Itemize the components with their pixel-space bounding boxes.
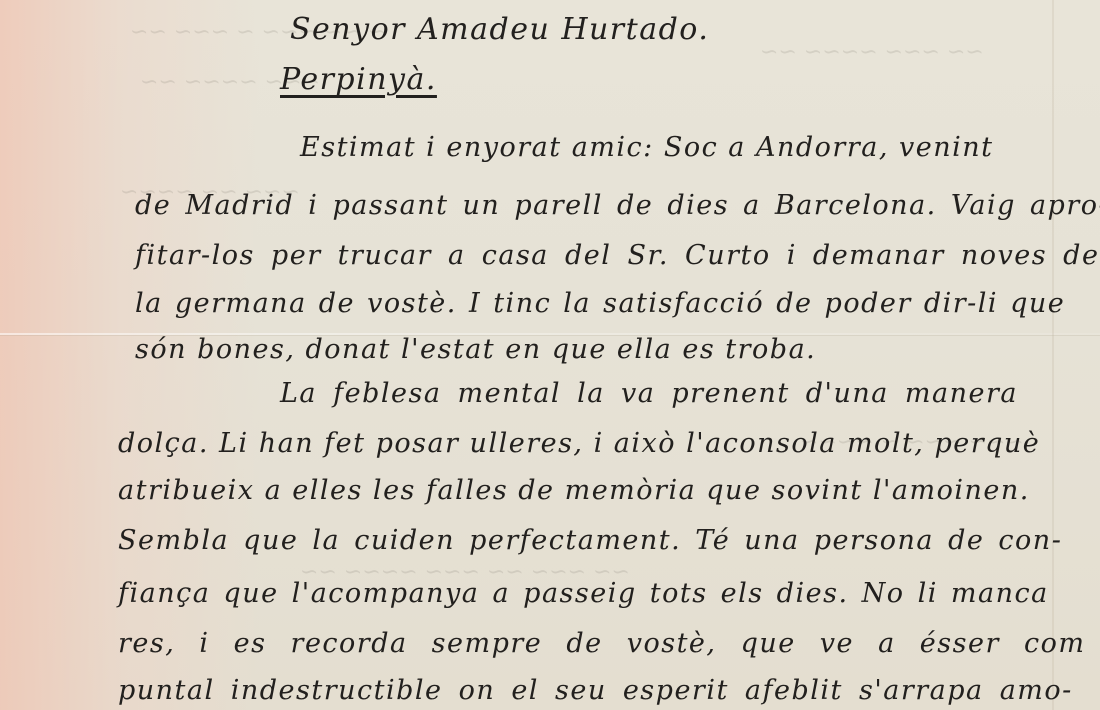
letter-line: dolça. Li han fet posar ulleres, i això … bbox=[118, 428, 1040, 459]
paper-fold-vertical bbox=[1052, 0, 1054, 710]
letter-line: la germana de vostè. I tinc la satisfacc… bbox=[135, 288, 1065, 319]
letter-line: de Madrid i passant un parell de dies a … bbox=[135, 190, 1100, 221]
letter-line: Estimat i enyorat amic: Soc a Andorra, v… bbox=[300, 132, 993, 163]
letter-line: fitar-los per trucar a casa del Sr. Curt… bbox=[135, 240, 1099, 271]
letter-line: La feblesa mental la va prenent d'una ma… bbox=[280, 378, 1018, 409]
letter-line: puntal indestructible on el seu esperit … bbox=[118, 675, 1073, 706]
addressee: Senyor Amadeu Hurtado. bbox=[290, 12, 709, 47]
letter-line: Sembla que la cuiden perfectament. Té un… bbox=[118, 525, 1062, 556]
letter-line: són bones, donat l'estat en que ella es … bbox=[135, 334, 816, 365]
addressee-city: Perpinyà. bbox=[280, 62, 437, 97]
letter-line: fiança que l'acompanya a passeig tots el… bbox=[118, 578, 1049, 609]
letter-line: res, i es recorda sempre de vostè, que v… bbox=[118, 628, 1100, 659]
letter-line: atribueix a elles les falles de memòria … bbox=[118, 475, 1030, 506]
